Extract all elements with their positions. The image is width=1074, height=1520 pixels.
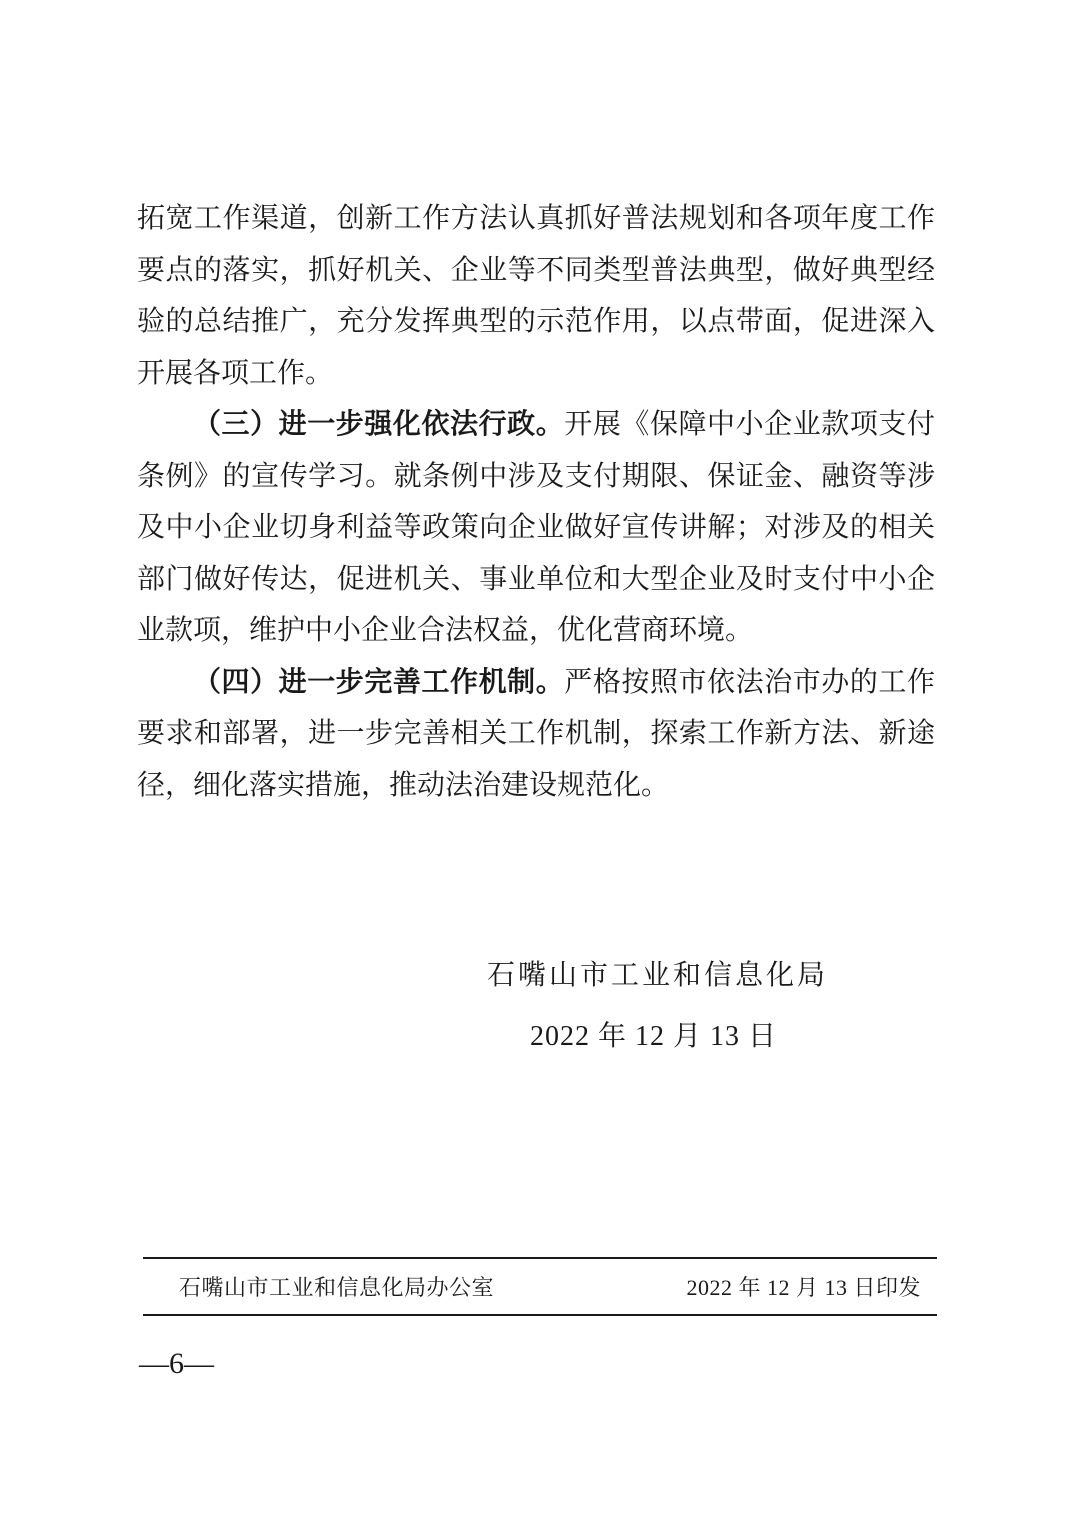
footer-office: 石嘴山市工业和信息化局办公室 — [179, 1271, 494, 1302]
document-body: 拓宽工作渠道，创新工作方法认真抓好普法规划和各项年度工作 要点的落实，抓好机关、… — [137, 193, 935, 811]
section-four-heading: （四）进一步完善工作机制。 — [193, 667, 564, 698]
body-line: 业款项，维护中小企业合法权益，优化营商环境。 — [137, 605, 935, 657]
body-line: 要点的落实，抓好机关、企业等不同类型普法典型，做好典型经 — [137, 245, 935, 297]
body-line: 要求和部署，进一步完善相关工作机制，探索工作新方法、新途 — [137, 708, 935, 760]
document-page: 拓宽工作渠道，创新工作方法认真抓好普法规划和各项年度工作 要点的落实，抓好机关、… — [0, 0, 1074, 1520]
body-line: 径，细化落实措施，推动法治建设规范化。 — [137, 760, 935, 812]
signature-date: 2022 年 12 月 13 日 — [530, 1017, 777, 1057]
body-line: 条例》的宣传学习。就条例中涉及支付期限、保证金、融资等涉 — [137, 451, 935, 503]
footer-issue-date: 2022 年 12 月 13 日印发 — [686, 1271, 921, 1302]
body-line: 验的总结推广，充分发挥典型的示范作用，以点带面，促进深入 — [137, 296, 935, 348]
footer-colophon: 石嘴山市工业和信息化局办公室 2022 年 12 月 13 日印发 — [143, 1259, 937, 1314]
body-line: 拓宽工作渠道，创新工作方法认真抓好普法规划和各项年度工作 — [137, 193, 935, 245]
footer-rule-bottom — [143, 1314, 937, 1316]
page-number: —6— — [139, 1346, 214, 1382]
body-line: （三）进一步强化依法行政。开展《保障中小企业款项支付 — [137, 399, 935, 451]
body-line: （四）进一步完善工作机制。严格按照市依法治市办的工作 — [137, 657, 935, 709]
section-four-text: 严格按照市依法治市办的工作 — [564, 667, 935, 698]
signature-organization: 石嘴山市工业和信息化局 — [487, 956, 828, 996]
body-line: 及中小企业切身利益等政策向企业做好宣传讲解；对涉及的相关 — [137, 502, 935, 554]
section-three-text: 开展《保障中小企业款项支付 — [564, 409, 935, 440]
body-line: 部门做好传达，促进机关、事业单位和大型企业及时支付中小企 — [137, 554, 935, 606]
body-line: 开展各项工作。 — [137, 348, 935, 400]
section-three-heading: （三）进一步强化依法行政。 — [193, 409, 564, 440]
